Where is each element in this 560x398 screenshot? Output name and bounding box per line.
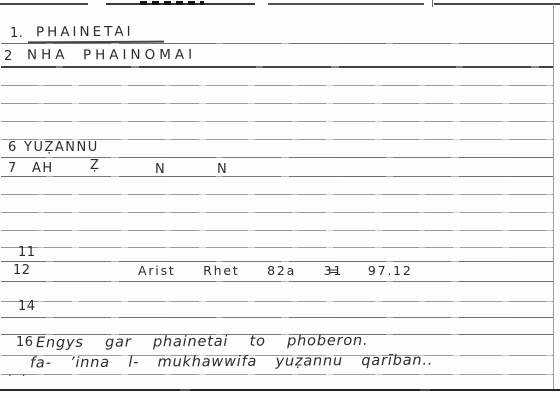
scan-artifact-marks: [140, 1, 204, 5]
entry-16-number: 16: [16, 336, 34, 349]
ruled-line: [1, 317, 553, 318]
index-card: 1. PHAINETAI 2 NHA PHAINOMAI 6 YUẒANNU 7…: [0, 0, 560, 398]
ruled-line: [1, 374, 553, 375]
ruled-line: [1, 85, 553, 86]
card-right-edge: [553, 4, 554, 390]
entry-6-text: YUẒANNU: [24, 141, 99, 154]
ruled-line: [1, 261, 553, 262]
card-bottom-edge: [0, 389, 560, 391]
entry-1-number: 1.: [10, 27, 23, 40]
ruled-line: [1, 121, 553, 122]
entry-12-value: = 97.12: [328, 265, 413, 278]
scan-artifact-tick: [432, 0, 433, 7]
entry-11-number: 11: [18, 246, 36, 259]
ruled-line: [1, 103, 553, 104]
entry-7-seg-1: AH: [32, 162, 54, 175]
ruled-line: [1, 66, 553, 68]
entry-2-word-1: NHA: [27, 49, 69, 63]
entry-7-seg-3: N: [155, 163, 166, 176]
entry-12-number: 12: [13, 264, 31, 277]
ruled-line: [1, 212, 553, 213]
ruled-line: [1, 230, 553, 231]
card-top-edge: [0, 3, 560, 5]
entry-7-seg-2: Ẓ: [90, 159, 100, 172]
entry-7-number: 7: [8, 162, 17, 175]
ruled-line: [1, 43, 553, 44]
entry-2-word-2: PHAINOMAI: [83, 49, 196, 63]
ruled-line: [1, 194, 553, 195]
entry-16-text: Engys gar phainetai to phoberon.: [36, 334, 368, 351]
entry-17-text: fa- ’inna l- mukhawwifa yuẓannu qarīban.…: [30, 354, 433, 371]
ruled-line: [1, 176, 553, 177]
entry-7-seg-4: N: [217, 163, 228, 176]
ruled-line: [1, 247, 553, 248]
entry-1-text: PHAINETAI: [36, 26, 134, 40]
entry-14-number: 14: [18, 300, 36, 313]
entry-12-citation: Arist Rhet 82a 31: [138, 265, 343, 278]
ruled-line: [1, 281, 553, 282]
entry-2-number: 2: [4, 50, 13, 63]
entry-6-number: 6: [8, 141, 17, 154]
entry-17-marker: . .: [8, 366, 28, 378]
ruled-line: [1, 301, 553, 302]
ruled-line: [1, 157, 553, 158]
